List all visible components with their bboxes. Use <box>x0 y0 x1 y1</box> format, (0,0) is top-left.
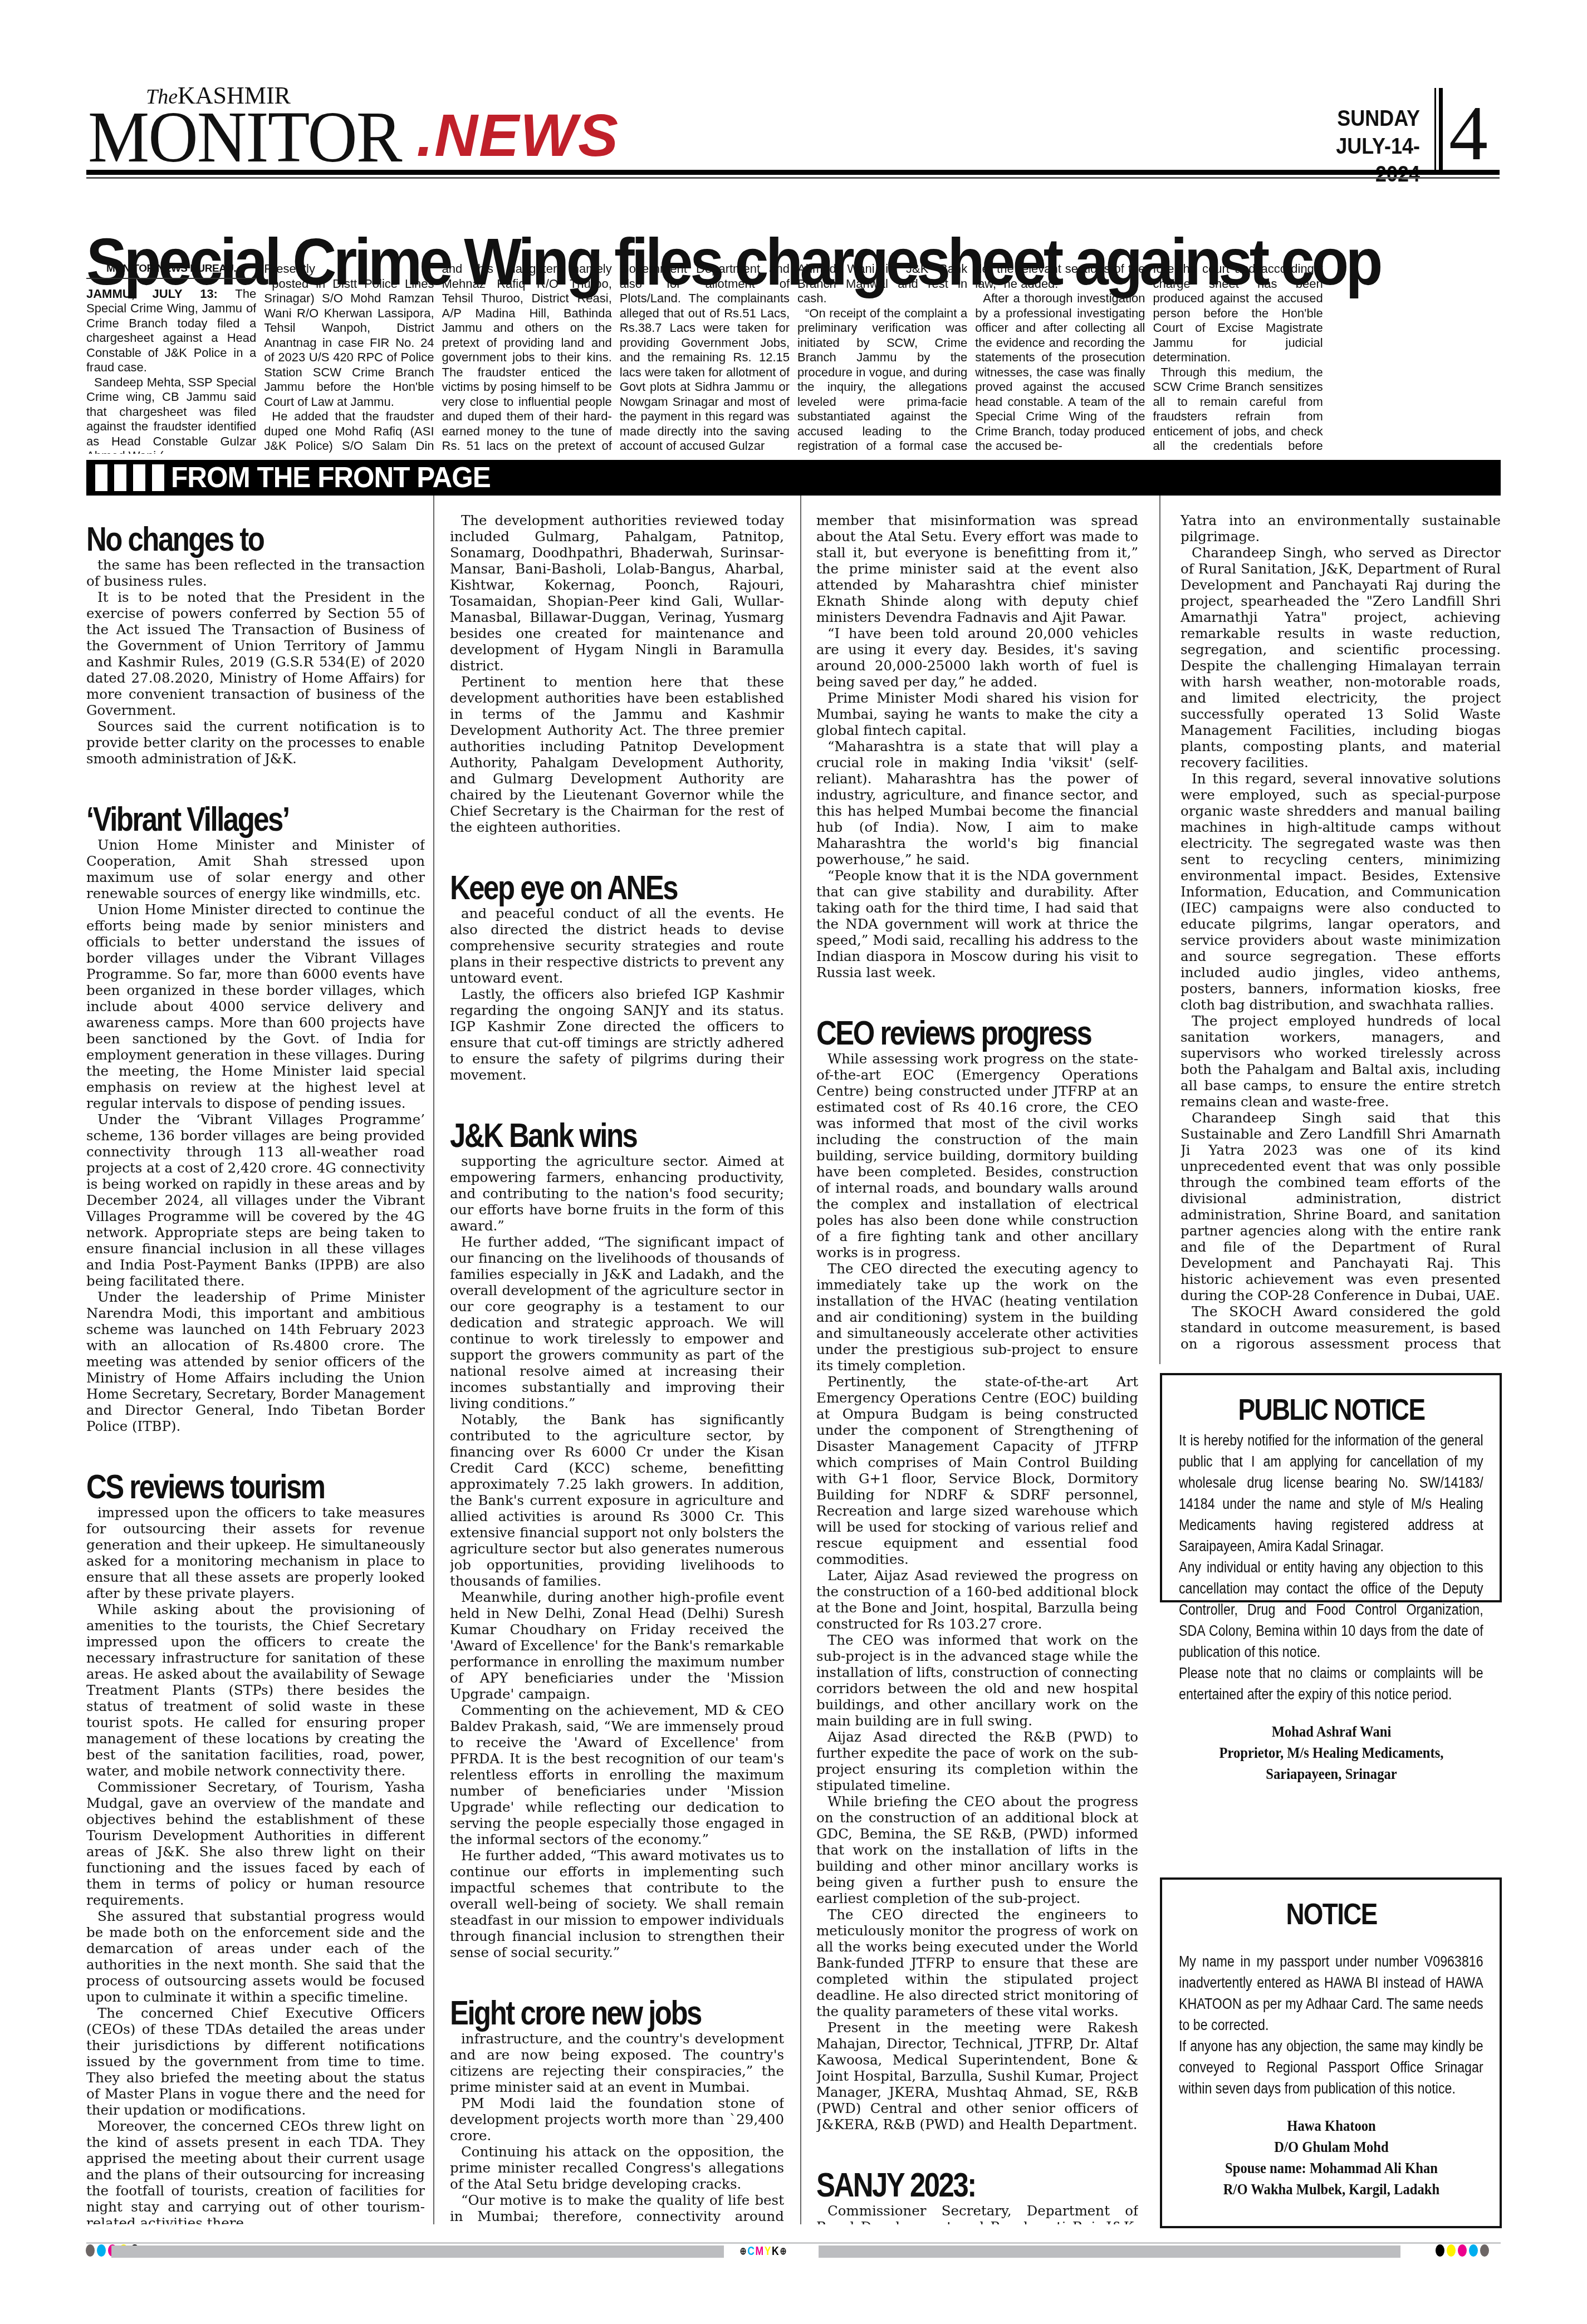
section-title: FROM THE FRONT PAGE <box>171 461 491 494</box>
logo-monitor: MONITOR <box>88 105 401 170</box>
issue-date: SUNDAY JULY-14-2024 <box>1281 105 1420 188</box>
masthead-rule-thin <box>86 177 1500 179</box>
gray-dot-icon <box>86 2244 95 2257</box>
public-notice-box: PUBLIC NOTICE It is hereby notified for … <box>1160 1373 1502 1602</box>
black-dot-icon <box>1436 2244 1444 2257</box>
column-divider <box>800 496 801 2224</box>
section-bar-from-the-front-page: FROM THE FRONT PAGE <box>86 460 1501 496</box>
lead-column-8 <box>1331 262 1501 454</box>
logo-news: .NEWS <box>417 105 619 166</box>
name-correction-notice-box: NOTICE My name in my passport under numb… <box>1160 1877 1502 2228</box>
article-headline-vibrant-villages: ‘Vibrant Villages’ <box>86 802 364 837</box>
cmyk-mark: ⊕ C M Y K ⊕ <box>739 2244 786 2258</box>
column-divider <box>1159 496 1160 1364</box>
lead-column-3: and his daughter namely Mehnaz Rafiq R/O… <box>442 262 612 454</box>
magenta-dot-icon <box>1458 2244 1467 2257</box>
bar-block-icon <box>95 464 107 491</box>
lead-column-7: fore the court and accordingly charge sh… <box>1153 262 1323 454</box>
lead-column-2: Presently posted in Distt Police Lines S… <box>264 262 434 454</box>
footer-gray-bar-left <box>111 2245 724 2258</box>
cyan-dot-icon <box>97 2244 106 2257</box>
byline: MONITOR NEWS BUREAU. <box>86 262 256 279</box>
column-1: No changes to the same has been reflecte… <box>86 501 425 2224</box>
color-dots-right <box>1436 2244 1489 2257</box>
article-headline-cs-reviews-tourism: CS reviews tourism <box>86 1470 364 1504</box>
column-2: The development authorities reviewed tod… <box>450 501 784 2224</box>
masthead-rule <box>86 170 1500 175</box>
article-headline-keep-eye-on-anes: Keep eye on ANEs <box>450 871 724 905</box>
yellow-dot-icon <box>1447 2244 1456 2257</box>
notice-title: PUBLIC NOTICE <box>1202 1393 1461 1426</box>
bar-block-icon <box>152 464 164 491</box>
lead-story-body: MONITOR NEWS BUREAU. JAMMU, JULY 13: The… <box>86 262 1501 454</box>
article-headline-no-changes: No changes to <box>86 522 364 557</box>
lead-column-6: der the relevant sections of the law,” h… <box>975 262 1145 454</box>
cyan-dot-icon <box>1469 2244 1478 2257</box>
notice-body: My name in my passport under number V096… <box>1179 1951 1483 2099</box>
page-number: 4 <box>1449 97 1488 170</box>
article-headline-jk-bank-wins: J&K Bank wins <box>450 1119 724 1153</box>
divider <box>1439 88 1443 170</box>
article-headline-eight-crore-new-jobs: Eight crore new jobs <box>450 1996 724 2031</box>
dateline: JAMMU, JULY 13: <box>86 287 218 301</box>
bar-block-icon <box>133 464 145 491</box>
issue-date-text: JULY-14-2024 <box>1295 133 1420 188</box>
divider <box>1434 88 1436 170</box>
article-headline-sanjy-2023: SANJY 2023: <box>816 2168 1080 2203</box>
notice-title: NOTICE <box>1202 1898 1461 1931</box>
column-divider <box>433 496 434 2224</box>
notice-signature: Mohad Ashraf Wani Proprietor, M/s Healin… <box>1197 1722 1466 1785</box>
column-4: Yatra into an environmentally sustainabl… <box>1181 501 1501 1353</box>
lead-column-5: Ahmed Wani in J&K Bank Branch Manwal and… <box>797 262 967 454</box>
notice-signature: Hawa Khatoon D/O Ghulam Mohd Spouse name… <box>1197 2116 1466 2200</box>
notice-body: It is hereby notified for the informatio… <box>1179 1430 1483 1705</box>
lead-column-1: MONITOR NEWS BUREAU. JAMMU, JULY 13: The… <box>86 262 256 454</box>
lead-column-4: Government Department and also for allot… <box>620 262 790 454</box>
article-headline-ceo-reviews-progress: CEO reviews progress <box>816 1016 1080 1051</box>
registration-mark-icon: ⊕ <box>739 2245 746 2257</box>
bar-block-icon <box>114 464 126 491</box>
gray-dot-icon <box>1480 2244 1489 2257</box>
footer-gray-bar-right <box>819 2245 1400 2258</box>
column-3: member that misinformation was spread ab… <box>816 501 1138 2224</box>
registration-mark-icon: ⊕ <box>780 2245 786 2257</box>
issue-day: SUNDAY <box>1295 105 1420 133</box>
footer-rule <box>86 2242 1501 2244</box>
